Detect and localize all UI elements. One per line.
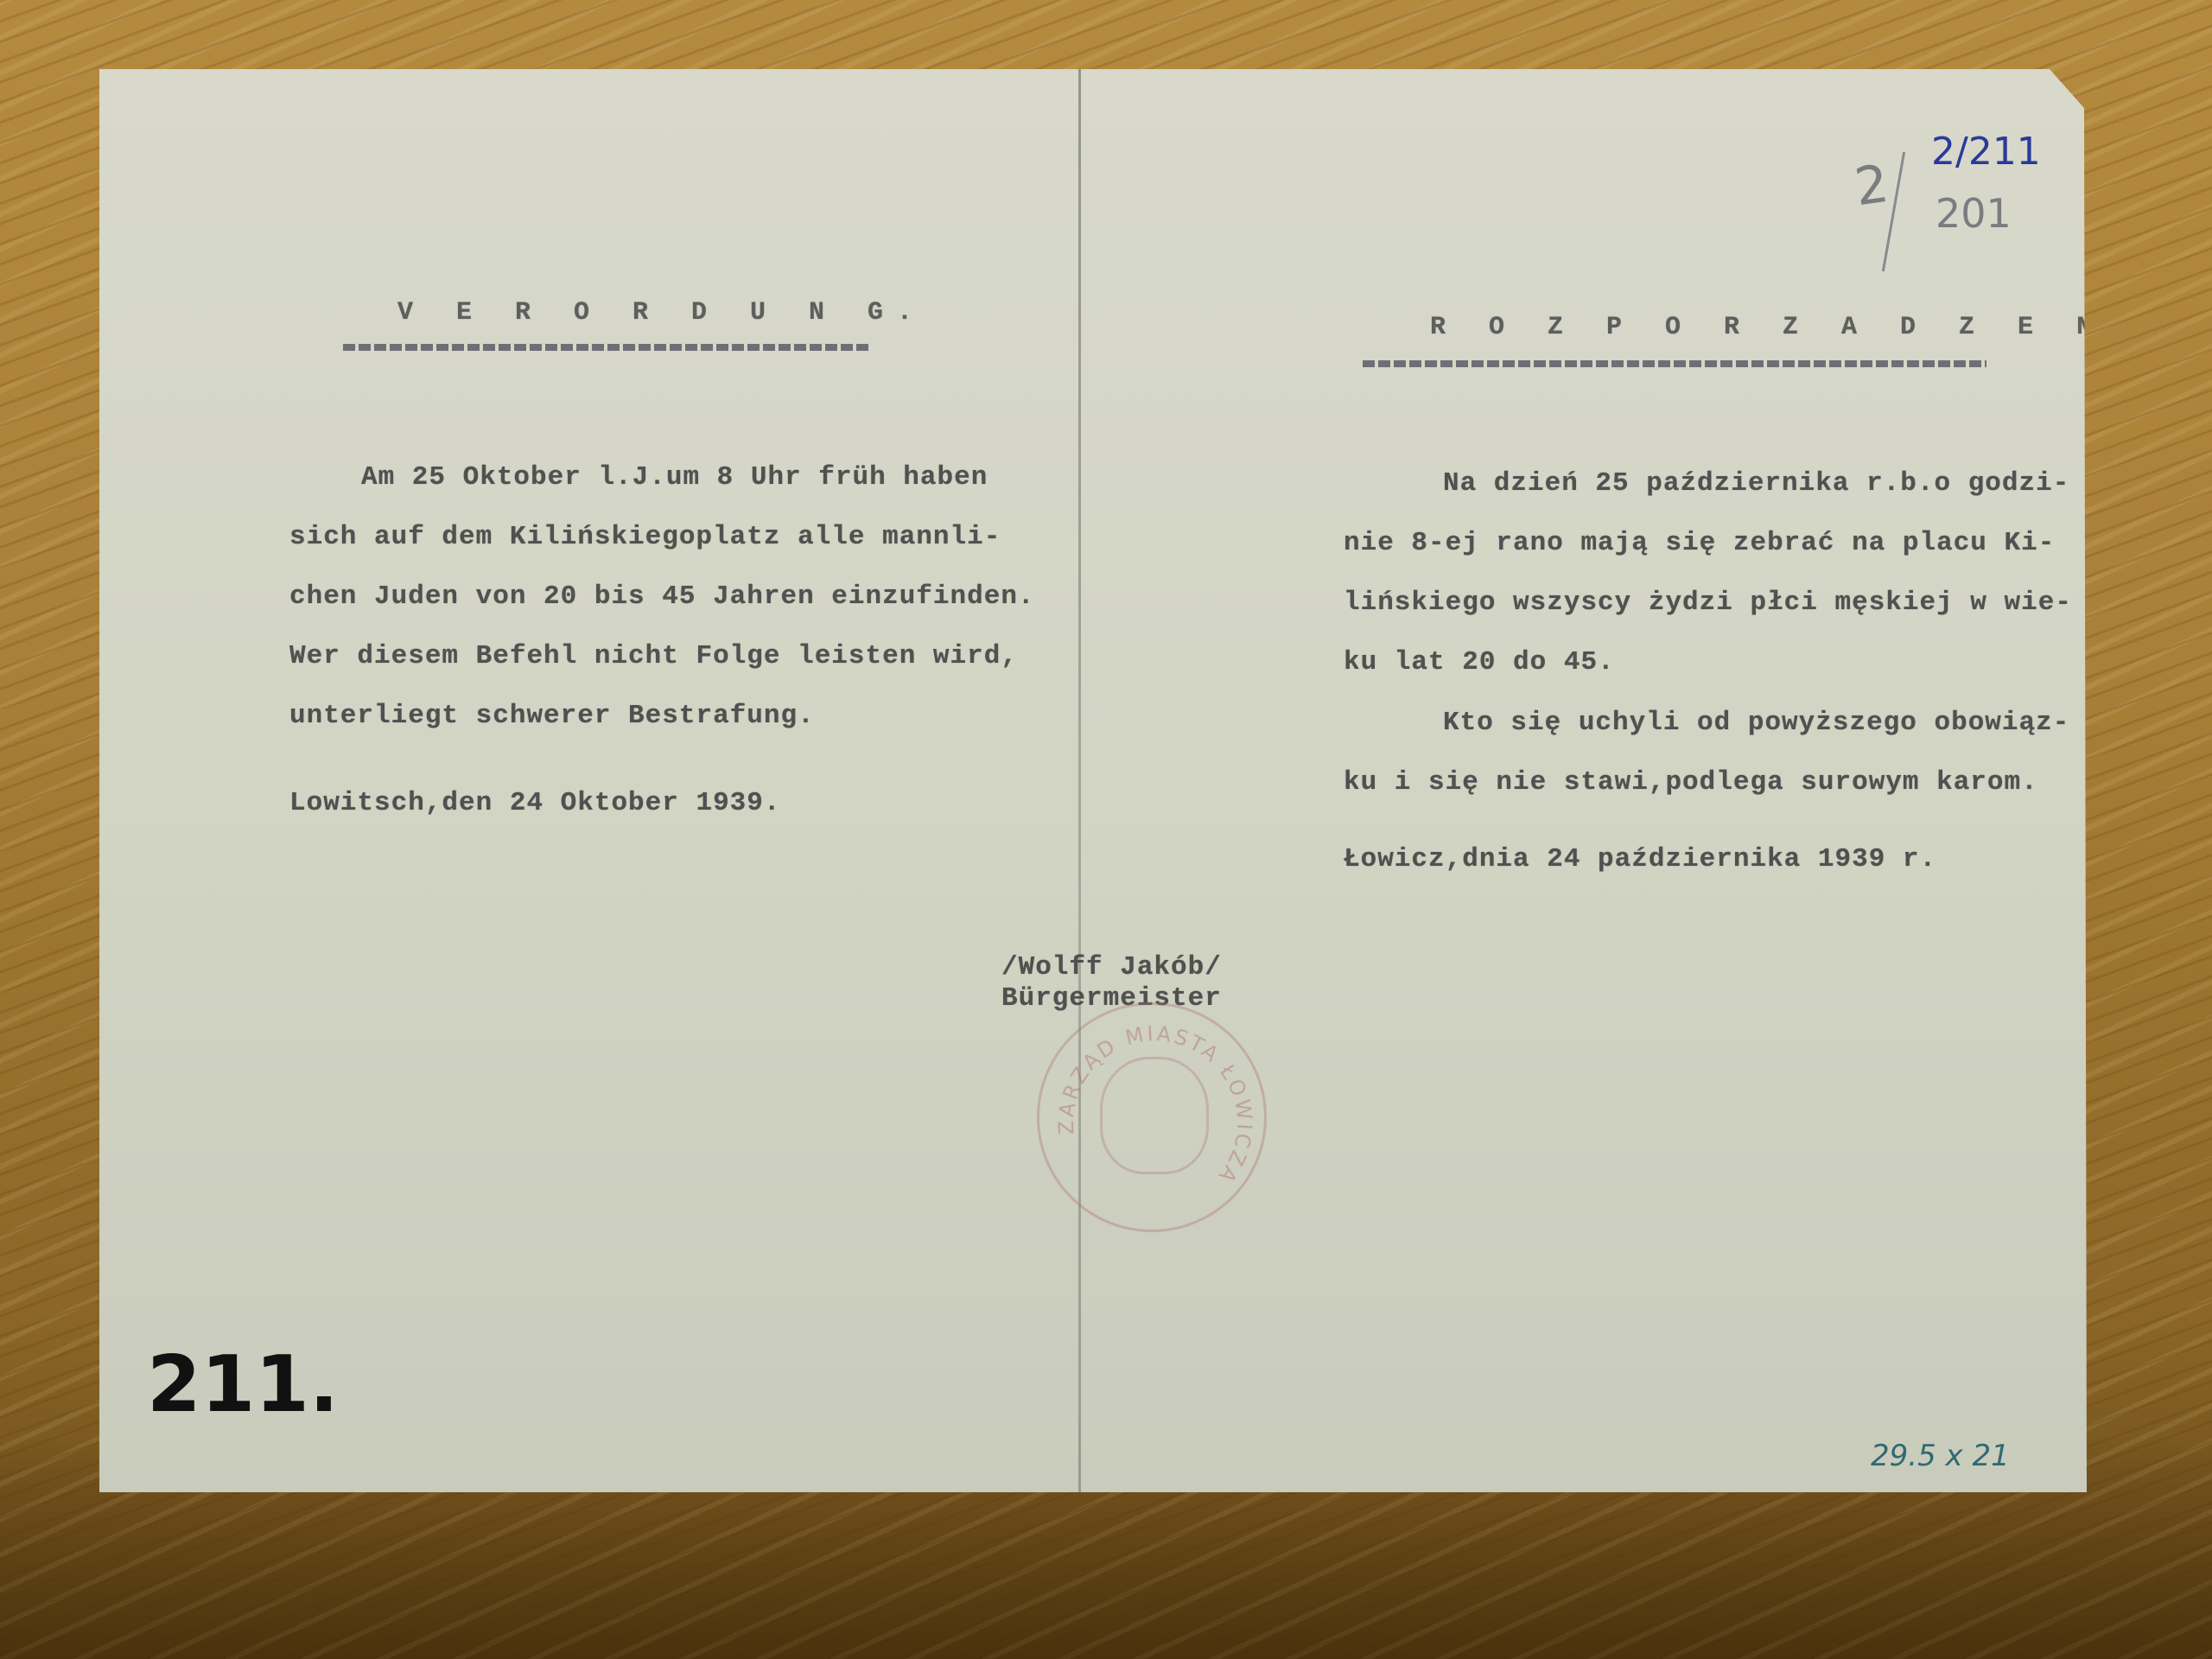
german-title: V E R O R D U N G. [397,298,926,327]
dimensions-annotation: 29.5 x 21 [1871,1439,2010,1473]
official-stamp: ZARZĄD MIASTA ŁOWICZA [1037,1002,1267,1232]
signature-name: /Wolff Jakób/ [1001,952,1222,982]
pencil-annotation-number: 2 [1851,154,1892,219]
german-date-line: Lowitsch,den 24 Oktober 1939. [289,773,781,833]
german-paragraph-line-1: Am 25 Oktober l.J.um 8 Uhr früh haben [361,448,988,507]
document-sheet: V E R O R D U N G. Am 25 Oktober l.J.um … [99,69,2087,1492]
german-paragraph-line-4: Wer diesem Befehl nicht Folge leisten wi… [289,626,1018,686]
german-title-underline [343,344,872,351]
blue-annotation-reference: 2/211 [1931,130,2041,174]
german-paragraph-line-3: chen Juden von 20 bis 45 Jahren einzufin… [289,567,1035,626]
polish-paragraph-line-3: lińskiego wszyscy żydzi płci męskiej w w… [1344,573,2072,632]
eagle-emblem-icon [1100,1057,1209,1174]
polish-paragraph-line-1: Na dzień 25 października r.b.o godzi- [1443,454,2069,513]
polish-date-line: Łowicz,dnia 24 października 1939 r. [1344,829,1936,889]
polish-title-underline [1363,360,1986,367]
polish-paragraph-line-2: nie 8-ej rano mają się zebrać na placu K… [1344,513,2055,573]
fold-line [1078,69,1081,1492]
polish-paragraph-line-4: ku lat 20 do 45. [1344,632,1615,692]
german-paragraph-line-5: unterliegt schwerer Bestrafung. [289,686,815,746]
german-paragraph-line-2: sich auf dem Kilińskiegoplatz alle mannl… [289,507,1001,567]
marker-archive-number: 211. [147,1339,339,1430]
polish-paragraph2-line-2: ku i się nie stawi,podlega surowym karom… [1344,753,2038,812]
polish-paragraph2-line-1: Kto się uchyli od powyższego obowiąz- [1443,693,2069,753]
pencil-annotation-reference: 201 [1935,190,2012,237]
polish-title: R O Z P O R Z A D Z E N I E. [1430,313,2212,342]
